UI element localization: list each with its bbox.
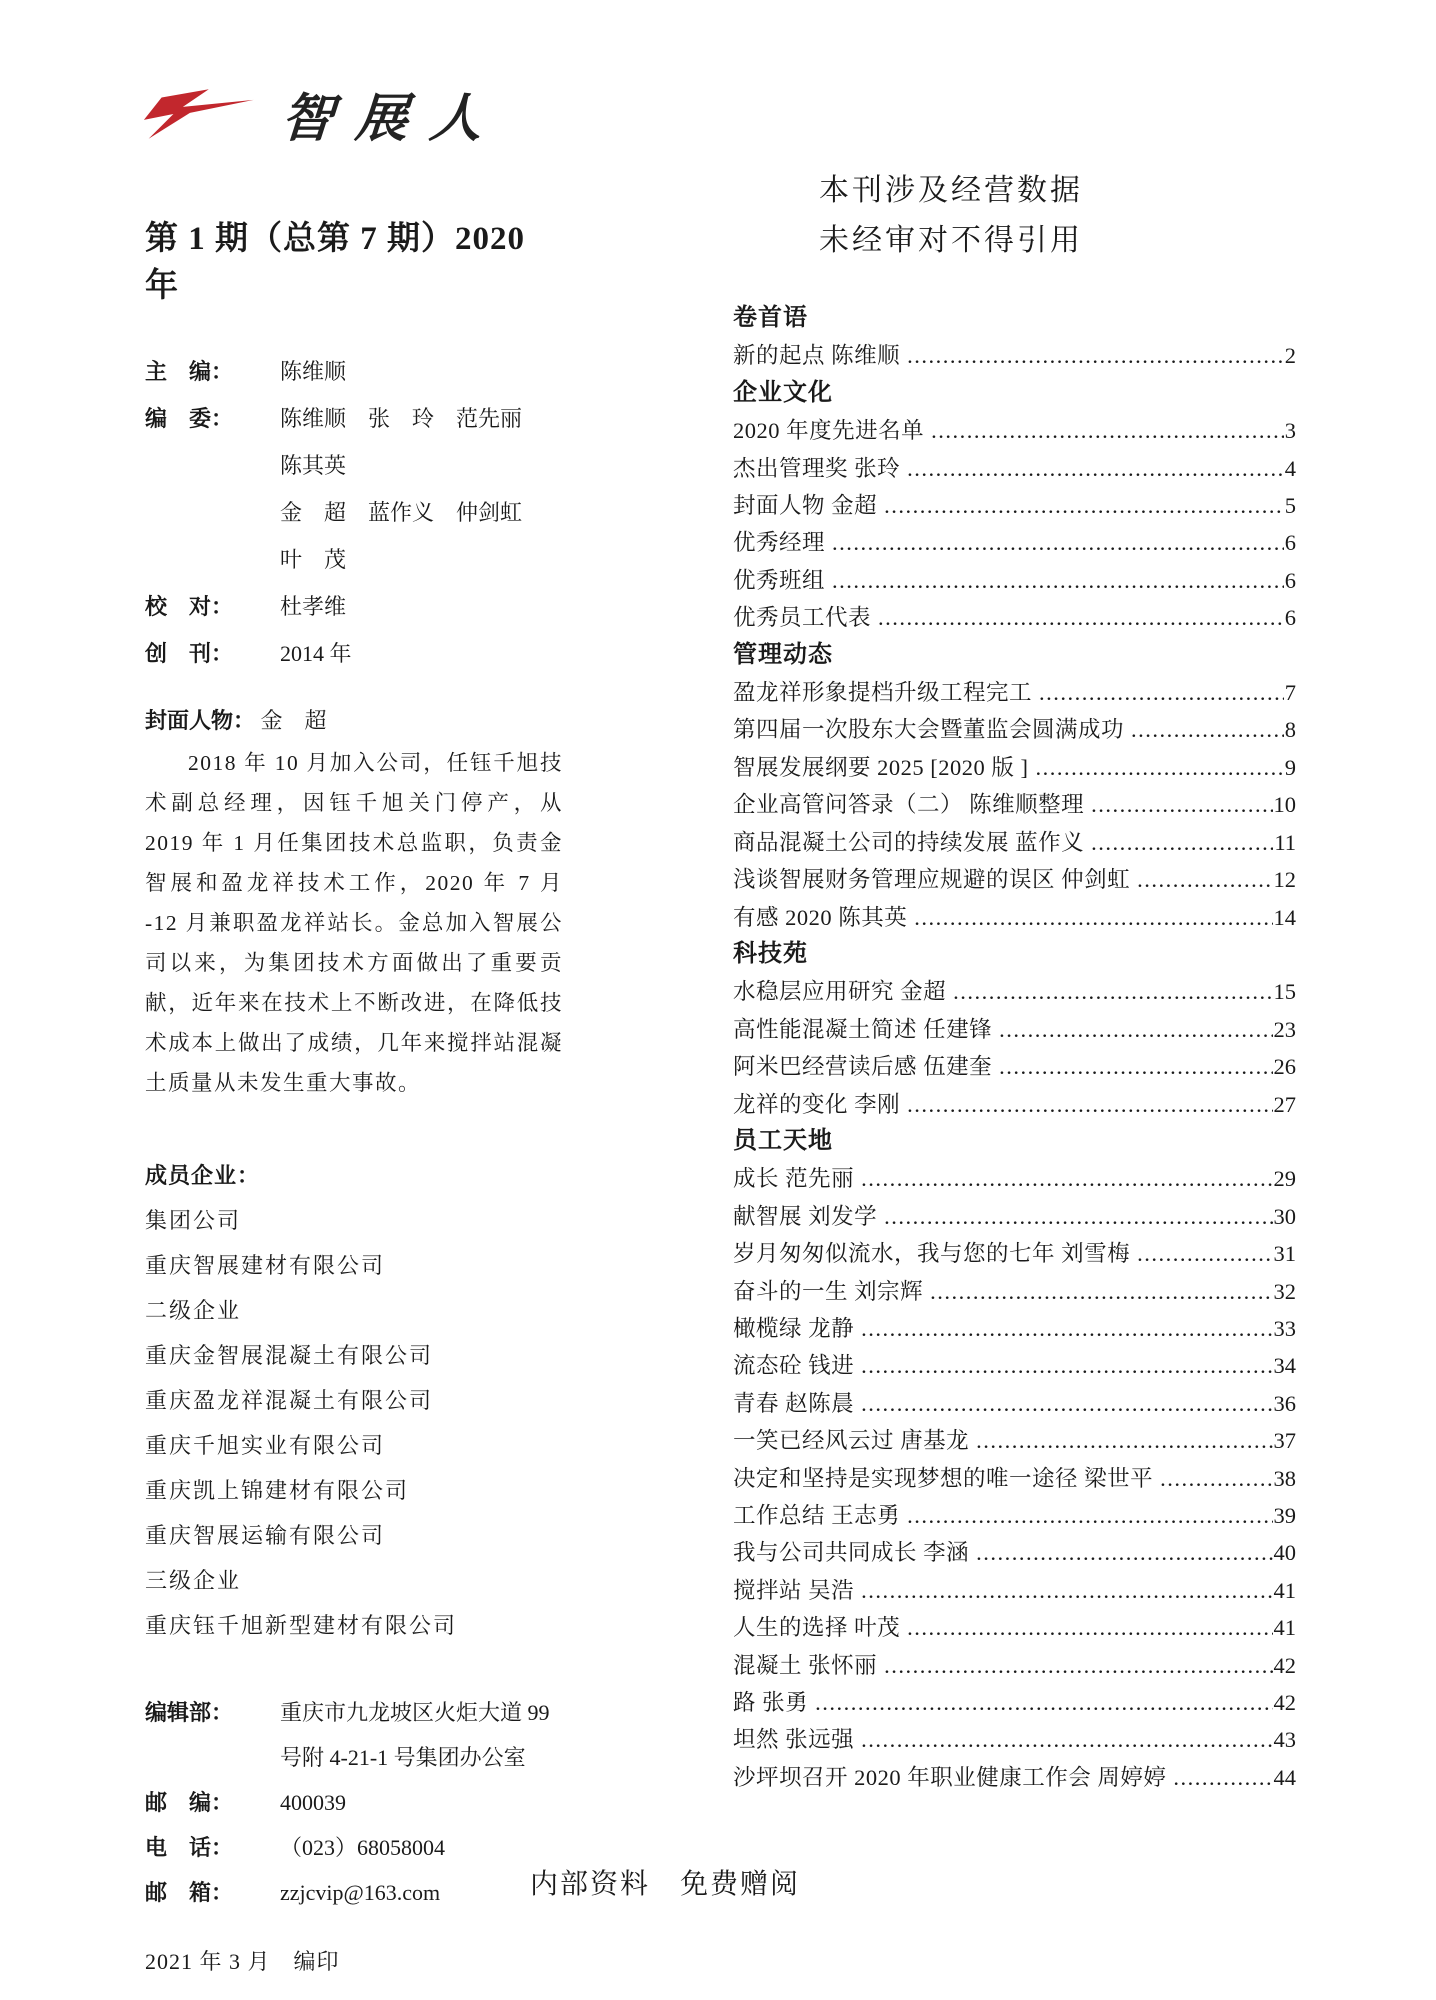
masthead-row: 编 委：陈维顺 张 玲 范先丽 陈其英金 超 蓝作义 仲剑虹 叶 茂: [145, 395, 563, 583]
z-lightning-logo-icon: [138, 82, 256, 146]
toc-entry: 坦然 张远强43: [733, 1721, 1296, 1758]
toc-leader-dots: [1039, 674, 1284, 711]
toc-entry-page: 10: [1273, 786, 1297, 823]
toc-entry: 岁月匆匆似流水，我与您的七年 刘雪梅31: [733, 1235, 1296, 1272]
toc-entry-title: 优秀经理: [733, 524, 832, 561]
toc-entry: 路 张勇42: [733, 1684, 1296, 1721]
confidentiality-notice: 本刊涉及经营数据 未经审对不得引用: [819, 166, 1296, 266]
toc-entry-page: 3: [1284, 412, 1296, 449]
toc-entry: 商品混凝土公司的持续发展 蓝作义11: [733, 824, 1296, 861]
toc-entry-title: 奋斗的一生 刘宗辉: [733, 1273, 930, 1310]
toc-entry: 混凝土 张怀丽42: [733, 1647, 1296, 1684]
cover-person-head: 封面人物： 金 超: [145, 699, 563, 743]
toc-leader-dots: [907, 1086, 1272, 1123]
masthead-value-line: 陈维顺: [280, 348, 563, 395]
toc-entry-page: 11: [1273, 824, 1296, 861]
masthead-value: 2014 年: [280, 630, 563, 677]
toc-entry-page: 30: [1273, 1198, 1297, 1235]
toc-leader-dots: [861, 1385, 1272, 1422]
masthead-value-line: 2014 年: [280, 630, 563, 677]
toc-entry-title: 商品混凝土公司的持续发展 蓝作义: [733, 824, 1091, 861]
toc-entry-page: 6: [1284, 524, 1296, 561]
toc-entry-title: 阿米巴经营读后感 伍建奎: [733, 1048, 999, 1085]
toc-leader-dots: [907, 337, 1284, 374]
masthead-row: 创 刊：2014 年: [145, 630, 563, 677]
toc-leader-dots: [884, 1198, 1272, 1235]
masthead-label: 主 编：: [145, 348, 280, 395]
toc-leader-dots: [1173, 1759, 1272, 1796]
toc-entry: 人生的选择 叶茂41: [733, 1609, 1296, 1646]
page-footer: 内部资料 免费赠阅: [430, 1862, 900, 1902]
office-row: 编辑部：重庆市九龙坡区火炬大道 99号附 4-21-1 号集团办公室: [145, 1690, 563, 1780]
cover-person-name: 金 超: [261, 708, 327, 733]
toc-entry: 奋斗的一生 刘宗辉32: [733, 1273, 1296, 1310]
office-value: 400039: [280, 1780, 563, 1825]
toc-entry-page: 4: [1284, 450, 1296, 487]
toc-entry-title: 盈龙祥形象提档升级工程完工: [733, 674, 1039, 711]
toc-entry-title: 岁月匆匆似流水，我与您的七年 刘雪梅: [733, 1235, 1137, 1272]
toc-entry-page: 8: [1284, 711, 1296, 748]
toc-entry-page: 42: [1273, 1647, 1297, 1684]
toc-entry: 新的起点 陈维顺2: [733, 337, 1296, 374]
toc-entry: 浅谈智展财务管理应规避的误区 仲剑虹12: [733, 861, 1296, 898]
member-companies-list: 集团公司重庆智展建材有限公司二级企业重庆金智展混凝土有限公司重庆盈龙祥混凝土有限…: [145, 1198, 563, 1648]
toc-entry-page: 23: [1273, 1011, 1297, 1048]
toc-entry-title: 2020 年度先进名单: [733, 412, 931, 449]
toc-leader-dots: [976, 1534, 1272, 1571]
toc-entry-page: 7: [1284, 674, 1296, 711]
office-value-line: 号附 4-21-1 号集团办公室: [280, 1735, 563, 1780]
toc-entry: 一笑已经风云过 唐基龙37: [733, 1422, 1296, 1459]
toc-leader-dots: [976, 1422, 1272, 1459]
office-row: 邮 编：400039: [145, 1780, 563, 1825]
toc-entry: 橄榄绿 龙静33: [733, 1310, 1296, 1347]
toc-entry-page: 27: [1273, 1086, 1297, 1123]
member-company-item: 重庆金智展混凝土有限公司: [145, 1333, 563, 1378]
member-company-item: 重庆智展运输有限公司: [145, 1513, 563, 1558]
toc-entry: 优秀经理6: [733, 524, 1296, 561]
toc-entry-page: 38: [1273, 1460, 1297, 1497]
office-label: 电 话：: [145, 1825, 280, 1870]
issue-title: 第 1 期（总第 7 期）2020 年: [145, 212, 563, 306]
toc-entry-title: 智展发展纲要 2025 [2020 版 ]: [733, 749, 1036, 786]
toc-leader-dots: [861, 1721, 1272, 1758]
toc-entry: 流态砼 钱进34: [733, 1347, 1296, 1384]
toc-entry-page: 26: [1273, 1048, 1297, 1085]
magazine-toc-page: 智展人 第 1 期（总第 7 期）2020 年 主 编：陈维顺编 委：陈维顺 张…: [0, 0, 1436, 2000]
toc-entry: 决定和坚持是实现梦想的唯一途径 梁世平38: [733, 1460, 1296, 1497]
masthead-value: 陈维顺 张 玲 范先丽 陈其英金 超 蓝作义 仲剑虹 叶 茂: [280, 395, 563, 583]
right-column: 本刊涉及经营数据 未经审对不得引用 卷首语新的起点 陈维顺2企业文化2020 年…: [733, 166, 1296, 1796]
toc-entry-page: 29: [1273, 1160, 1297, 1197]
toc-leader-dots: [832, 562, 1284, 599]
office-value-line: 重庆市九龙坡区火炬大道 99: [280, 1690, 563, 1735]
toc-entry: 沙坪坝召开 2020 年职业健康工作会 周婷婷44: [733, 1759, 1296, 1796]
toc-entry-title: 企业高管问答录（二） 陈维顺整理: [733, 786, 1091, 823]
toc-entry: 智展发展纲要 2025 [2020 版 ]9: [733, 749, 1296, 786]
toc-leader-dots: [884, 487, 1284, 524]
masthead-label: 校 对：: [145, 583, 280, 630]
toc-leader-dots: [878, 599, 1284, 636]
toc-entry: 第四届一次股东大会暨董监会圆满成功8: [733, 711, 1296, 748]
toc-leader-dots: [1036, 749, 1284, 786]
toc-entry: 杰出管理奖 张玲4: [733, 450, 1296, 487]
toc-entry: 2020 年度先进名单3: [733, 412, 1296, 449]
toc-entry-page: 9: [1284, 749, 1296, 786]
toc-entry-title: 搅拌站 吴浩: [733, 1572, 861, 1609]
toc-entry-page: 5: [1284, 487, 1296, 524]
toc-entry-page: 2: [1284, 337, 1296, 374]
toc-entry-title: 坦然 张远强: [733, 1721, 861, 1758]
toc-entry: 工作总结 王志勇39: [733, 1497, 1296, 1534]
toc-entry: 水稳层应用研究 金超15: [733, 973, 1296, 1010]
masthead-label: 创 刊：: [145, 630, 280, 677]
masthead-value-line: 杜孝维: [280, 583, 563, 630]
toc-entry-title: 有感 2020 陈其英: [733, 899, 914, 936]
toc-entry-page: 43: [1273, 1721, 1297, 1758]
toc-section-title: 员工天地: [733, 1123, 1296, 1160]
toc-leader-dots: [1160, 1460, 1272, 1497]
toc-entry-page: 42: [1273, 1684, 1297, 1721]
toc-entry-page: 12: [1273, 861, 1297, 898]
toc-entry-title: 第四届一次股东大会暨董监会圆满成功: [733, 711, 1131, 748]
toc-entry: 优秀员工代表6: [733, 599, 1296, 636]
toc-entry-page: 44: [1273, 1759, 1297, 1796]
toc-entry-page: 14: [1273, 899, 1297, 936]
toc-leader-dots: [884, 1647, 1272, 1684]
toc-leader-dots: [907, 1497, 1272, 1534]
toc-entry: 青春 赵陈晨36: [733, 1385, 1296, 1422]
toc-section-title: 卷首语: [733, 300, 1296, 337]
toc-entry-page: 15: [1273, 973, 1297, 1010]
toc-entry-title: 优秀班组: [733, 562, 832, 599]
toc-leader-dots: [907, 1609, 1272, 1646]
cover-person-label: 封面人物：: [145, 708, 255, 733]
toc-leader-dots: [1091, 786, 1272, 823]
toc-entry-title: 沙坪坝召开 2020 年职业健康工作会 周婷婷: [733, 1759, 1173, 1796]
member-company-item: 重庆千旭实业有限公司: [145, 1423, 563, 1468]
toc-entry-title: 流态砼 钱进: [733, 1347, 861, 1384]
toc-leader-dots: [999, 1048, 1272, 1085]
toc-entry: 盈龙祥形象提档升级工程完工7: [733, 674, 1296, 711]
masthead-row: 主 编：陈维顺: [145, 348, 563, 395]
masthead-value-line: 金 超 蓝作义 仲剑虹 叶 茂: [280, 489, 563, 583]
cover-person-bio: 2018 年 10 月加入公司，任钰千旭技术副总经理，因钰千旭关门停产，从 20…: [145, 743, 563, 1103]
toc-leader-dots: [930, 1273, 1272, 1310]
toc-leader-dots: [953, 973, 1272, 1010]
toc-entry-title: 路 张勇: [733, 1684, 815, 1721]
toc-entry-title: 决定和坚持是实现梦想的唯一途径 梁世平: [733, 1460, 1160, 1497]
toc-entry-page: 36: [1273, 1385, 1297, 1422]
toc-leader-dots: [1137, 861, 1272, 898]
toc-entry-title: 优秀员工代表: [733, 599, 878, 636]
toc-section-title: 企业文化: [733, 375, 1296, 412]
toc-entry-title: 橄榄绿 龙静: [733, 1310, 861, 1347]
toc-entry-page: 39: [1273, 1497, 1297, 1534]
toc-entry-title: 我与公司共同成长 李涵: [733, 1534, 976, 1571]
toc-leader-dots: [1137, 1235, 1272, 1272]
toc-entry-title: 青春 赵陈晨: [733, 1385, 861, 1422]
toc-leader-dots: [931, 412, 1284, 449]
masthead-value: 杜孝维: [280, 583, 563, 630]
masthead: 主 编：陈维顺编 委：陈维顺 张 玲 范先丽 陈其英金 超 蓝作义 仲剑虹 叶 …: [145, 348, 563, 677]
toc-entry: 优秀班组6: [733, 562, 1296, 599]
masthead-label: 编 委：: [145, 395, 280, 583]
toc-leader-dots: [861, 1572, 1272, 1609]
toc-entry: 成长 范先丽29: [733, 1160, 1296, 1197]
toc-entry: 献智展 刘发学30: [733, 1198, 1296, 1235]
toc-leader-dots: [815, 1684, 1272, 1721]
toc-entry-page: 6: [1284, 599, 1296, 636]
office-label: 邮 编：: [145, 1780, 280, 1825]
member-company-item: 重庆钰千旭新型建材有限公司: [145, 1603, 563, 1648]
notice-line-1: 本刊涉及经营数据: [819, 166, 1296, 216]
toc-section-title: 管理动态: [733, 637, 1296, 674]
toc-entry-page: 40: [1273, 1534, 1297, 1571]
toc-leader-dots: [907, 450, 1284, 487]
toc-entry-title: 人生的选择 叶茂: [733, 1609, 907, 1646]
toc-entry-page: 32: [1273, 1273, 1297, 1310]
toc-leader-dots: [861, 1347, 1272, 1384]
toc-leader-dots: [861, 1310, 1272, 1347]
toc-entry-title: 工作总结 王志勇: [733, 1497, 907, 1534]
toc-entry-title: 成长 范先丽: [733, 1160, 861, 1197]
toc-section-title: 科技苑: [733, 936, 1296, 973]
toc-entry-title: 献智展 刘发学: [733, 1198, 884, 1235]
toc-entry: 我与公司共同成长 李涵40: [733, 1534, 1296, 1571]
table-of-contents: 卷首语新的起点 陈维顺2企业文化2020 年度先进名单3杰出管理奖 张玲4封面人…: [733, 300, 1296, 1796]
member-company-item: 重庆智展建材有限公司: [145, 1243, 563, 1288]
office-value-line: 400039: [280, 1780, 563, 1825]
print-date: 2021 年 3 月 编印: [145, 1945, 563, 1976]
toc-entry-page: 41: [1273, 1609, 1297, 1646]
toc-entry-title: 高性能混凝土简述 任建锋: [733, 1011, 999, 1048]
cover-person-block: 封面人物： 金 超 2018 年 10 月加入公司，任钰千旭技术副总经理，因钰千…: [145, 699, 563, 1103]
toc-entry-title: 一笑已经风云过 唐基龙: [733, 1422, 976, 1459]
toc-entry: 搅拌站 吴浩41: [733, 1572, 1296, 1609]
toc-entry-title: 混凝土 张怀丽: [733, 1647, 884, 1684]
z-lightning-shape: [144, 89, 254, 139]
member-companies: 成员企业： 集团公司重庆智展建材有限公司二级企业重庆金智展混凝土有限公司重庆盈龙…: [145, 1153, 563, 1648]
toc-entry-page: 37: [1273, 1422, 1297, 1459]
member-company-item: 三级企业: [145, 1558, 563, 1603]
toc-entry-title: 封面人物 金超: [733, 487, 884, 524]
toc-entry: 高性能混凝土简述 任建锋23: [733, 1011, 1296, 1048]
toc-leader-dots: [999, 1011, 1272, 1048]
toc-entry-page: 33: [1273, 1310, 1297, 1347]
toc-entry-title: 浅谈智展财务管理应规避的误区 仲剑虹: [733, 861, 1137, 898]
logo: 智展人: [138, 76, 504, 151]
toc-leader-dots: [914, 899, 1272, 936]
toc-entry-page: 34: [1273, 1347, 1297, 1384]
member-company-item: 二级企业: [145, 1288, 563, 1333]
toc-entry-title: 杰出管理奖 张玲: [733, 450, 907, 487]
toc-entry-title: 水稳层应用研究 金超: [733, 973, 953, 1010]
left-column: 第 1 期（总第 7 期）2020 年 主 编：陈维顺编 委：陈维顺 张 玲 范…: [145, 212, 563, 1976]
toc-entry-page: 41: [1273, 1572, 1297, 1609]
office-label: 邮 箱：: [145, 1870, 280, 1915]
masthead-value: 陈维顺: [280, 348, 563, 395]
toc-leader-dots: [832, 524, 1284, 561]
toc-entry-page: 6: [1284, 562, 1296, 599]
toc-leader-dots: [861, 1160, 1272, 1197]
toc-entry: 有感 2020 陈其英14: [733, 899, 1296, 936]
member-company-item: 集团公司: [145, 1198, 563, 1243]
toc-entry-page: 31: [1273, 1235, 1297, 1272]
member-company-item: 重庆凯上锦建材有限公司: [145, 1468, 563, 1513]
toc-leader-dots: [1091, 824, 1273, 861]
toc-entry: 阿米巴经营读后感 伍建奎26: [733, 1048, 1296, 1085]
toc-entry-title: 新的起点 陈维顺: [733, 337, 907, 374]
masthead-row: 校 对：杜孝维: [145, 583, 563, 630]
member-companies-title: 成员企业：: [145, 1153, 563, 1198]
office-label: 编辑部：: [145, 1690, 280, 1780]
toc-entry: 企业高管问答录（二） 陈维顺整理10: [733, 786, 1296, 823]
toc-entry: 封面人物 金超5: [733, 487, 1296, 524]
logo-name: 智展人: [279, 76, 506, 151]
notice-line-2: 未经审对不得引用: [819, 216, 1296, 266]
toc-leader-dots: [1131, 711, 1284, 748]
office-value: 重庆市九龙坡区火炬大道 99号附 4-21-1 号集团办公室: [280, 1690, 563, 1780]
toc-entry-title: 龙祥的变化 李刚: [733, 1086, 907, 1123]
toc-entry: 龙祥的变化 李刚27: [733, 1086, 1296, 1123]
masthead-value-line: 陈维顺 张 玲 范先丽 陈其英: [280, 395, 563, 489]
member-company-item: 重庆盈龙祥混凝土有限公司: [145, 1378, 563, 1423]
